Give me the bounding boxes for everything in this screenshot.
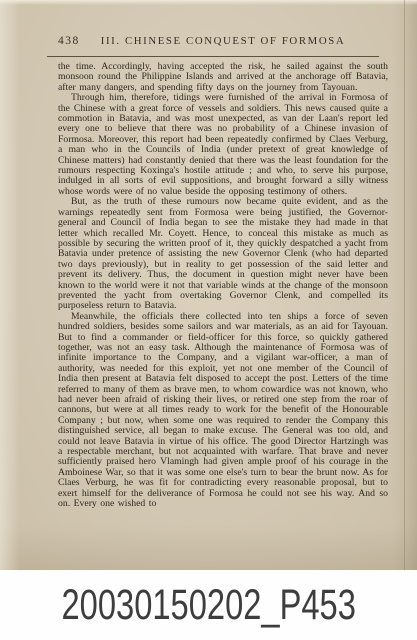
book-page-scan: 438 III. CHINESE CONQUEST OF FORMOSA the…	[0, 0, 417, 640]
page-number: 438	[58, 35, 80, 47]
paragraph: Meanwhile, the officials there collected…	[58, 312, 388, 510]
scan-id-bar: 20030150202_P453	[0, 570, 417, 640]
page-edge-line	[404, 0, 405, 570]
scan-id-label: 20030150202_P453	[61, 581, 355, 630]
header-rule	[47, 56, 379, 57]
page-body: the time. Accordingly, having accepted t…	[58, 62, 388, 509]
book-page: 438 III. CHINESE CONQUEST OF FORMOSA the…	[0, 0, 417, 570]
paragraph: Through him, therefore, tidings were fur…	[58, 93, 388, 197]
paragraph: But, as the truth of these rumours now b…	[58, 197, 388, 311]
page-header: 438 III. CHINESE CONQUEST OF FORMOSA	[58, 35, 388, 51]
running-header: III. CHINESE CONQUEST OF FORMOSA	[58, 35, 388, 47]
paragraph: the time. Accordingly, having accepted t…	[58, 62, 388, 93]
